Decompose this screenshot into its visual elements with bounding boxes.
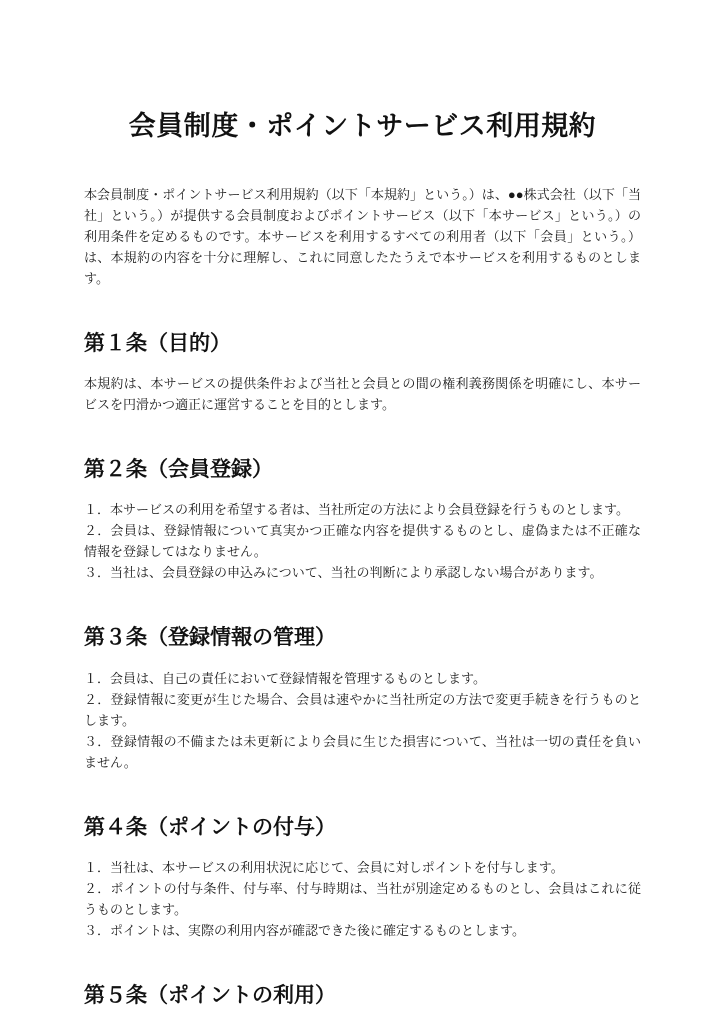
- article-4-item-3: ３．ポイントは、実際の利用内容が確認できた後に確定するものとします。: [84, 920, 641, 941]
- article-3-item-3: ３．登録情報の不備または未更新により会員に生じた損害について、当社は一切の責任を…: [84, 731, 641, 773]
- article-4-item-1: １．当社は、本サービスの利用状況に応じて、会員に対しポイントを付与します。: [84, 857, 641, 878]
- article-3: 第３条（登録情報の管理） １．会員は、自己の責任において登録情報を管理するものと…: [84, 624, 641, 772]
- article-2: 第２条（会員登録） １．本サービスの利用を希望する者は、当社所定の方法により会員…: [84, 456, 641, 583]
- article-1-body: 本規約は、本サービスの提供条件および当社と会員との間の権利義務関係を明確にし、本…: [84, 373, 641, 415]
- article-3-item-2: ２．登録情報に変更が生じた場合、会員は速やかに当社所定の方法で変更手続きを行うも…: [84, 689, 641, 731]
- article-1-heading: 第１条（目的）: [84, 330, 641, 357]
- article-2-item-1: １．本サービスの利用を希望する者は、当社所定の方法により会員登録を行うものとしま…: [84, 499, 641, 520]
- article-2-heading: 第２条（会員登録）: [84, 456, 641, 483]
- intro-paragraph: 本会員制度・ポイントサービス利用規約（以下「本規約」という。）は、●●株式会社（…: [84, 184, 641, 289]
- article-3-item-1: １．会員は、自己の責任において登録情報を管理するものとします。: [84, 668, 641, 689]
- article-4-item-2: ２．ポイントの付与条件、付与率、付与時期は、当社が別途定めるものとし、会員はこれ…: [84, 878, 641, 920]
- article-2-item-2: ２．会員は、登録情報について真実かつ正確な内容を提供するものとし、虚偽または不正…: [84, 520, 641, 562]
- document-page: 会員制度・ポイントサービス利用規約 本会員制度・ポイントサービス利用規約（以下「…: [0, 0, 724, 1024]
- article-4: 第４条（ポイントの付与） １．当社は、本サービスの利用状況に応じて、会員に対しポ…: [84, 814, 641, 941]
- article-4-heading: 第４条（ポイントの付与）: [84, 814, 641, 841]
- article-5-heading: 第５条（ポイントの利用）: [84, 982, 641, 1009]
- document-title: 会員制度・ポイントサービス利用規約: [84, 110, 641, 144]
- article-2-item-3: ３．当社は、会員登録の申込みについて、当社の判断により承認しない場合があります。: [84, 562, 641, 583]
- article-3-heading: 第３条（登録情報の管理）: [84, 624, 641, 651]
- article-1: 第１条（目的） 本規約は、本サービスの提供条件および当社と会員との間の権利義務関…: [84, 330, 641, 415]
- article-5: 第５条（ポイントの利用）: [84, 982, 641, 1009]
